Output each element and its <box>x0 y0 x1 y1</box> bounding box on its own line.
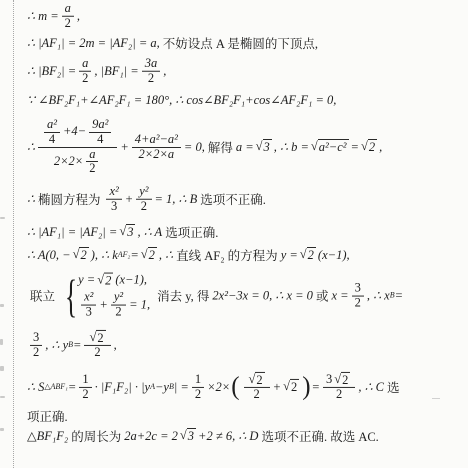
radicand: 3 <box>126 224 135 239</box>
math-text: , ∴ C <box>358 379 384 395</box>
fraction: a 2 <box>62 2 74 31</box>
subscript: AF₂ <box>118 251 131 259</box>
fraction-numerator: x² <box>81 291 96 306</box>
math-text: ×2× <box>207 380 230 395</box>
radicand: 2 <box>96 330 105 345</box>
fraction: a 2 <box>86 148 98 177</box>
fraction-denominator: 4 <box>94 133 106 147</box>
math-text: ∴ <box>27 191 35 207</box>
sqrt-symbol: √ <box>97 273 104 287</box>
math-text: ∴ <box>27 139 35 155</box>
fraction: √2 2 <box>84 330 110 360</box>
fraction-denominator: 2 <box>333 388 345 402</box>
math-text: △BF₁F₂ <box>27 428 68 444</box>
math-text: = 1, <box>129 298 150 313</box>
fraction-denominator: 2 <box>192 388 204 402</box>
math-text: + <box>125 192 133 207</box>
fraction-numerator: 3a <box>142 57 161 72</box>
sqrt-symbol: √ <box>311 139 318 153</box>
chinese-text: 联立 <box>30 287 55 305</box>
chinese-text: 的周长为 <box>71 427 121 445</box>
subscript: △ABF₁ <box>44 383 68 391</box>
left-margin-dotted-rule <box>13 0 14 468</box>
radicand: 2 <box>79 247 88 262</box>
radicand: 2 <box>341 372 350 387</box>
math-text: , ∴ x <box>367 288 390 304</box>
fraction: 3 2 <box>352 282 364 311</box>
chinese-text: 选 <box>387 378 400 396</box>
fraction-numerator: 1 <box>79 373 91 388</box>
sqrt-symbol: √ <box>256 139 263 153</box>
math-text: y = <box>78 273 95 288</box>
math-text: , <box>77 9 80 24</box>
fraction: √2 2 <box>244 372 270 402</box>
math-text: = <box>351 140 359 155</box>
radicand: 3 <box>263 139 272 154</box>
radicand: 2 <box>148 247 157 262</box>
solution-line-9: 联立 { y = √2 (x−1), x² 3 + y² 2 <box>27 273 403 320</box>
fraction-denominator: 2 <box>91 346 103 360</box>
left-paren: ( <box>231 375 239 399</box>
radicand: 2 <box>290 379 299 394</box>
math-text: ∵ ∠BF₂F₁+∠AF₂F₁ = 180°, ∴ cos∠BF₂F₁+cos∠… <box>27 92 336 108</box>
math-text: , ∴ <box>159 247 173 263</box>
math-text: , ∴ b = <box>274 139 309 155</box>
math-text: = 0, <box>184 140 205 155</box>
sqrt-symbol: √ <box>119 224 126 238</box>
fraction-numerator: a <box>86 148 98 163</box>
math-text: + <box>120 140 128 155</box>
radicand: 2 <box>255 372 264 387</box>
sqrt-symbol: √ <box>180 428 187 442</box>
radicand: 2 <box>307 247 316 262</box>
math-text: · |F₁F₂| · |y <box>95 380 150 395</box>
fraction-numerator: a <box>79 57 91 72</box>
math-text: 2x²−3x = 0, ∴ x = 0 <box>212 288 313 304</box>
solution-line-7: ∴ |AF₁| = |AF₂| = √3 , ∴ A 选项正确. <box>27 223 221 241</box>
sqrt-symbol: √ <box>89 330 96 344</box>
sqrt-radical: √2 <box>249 372 265 387</box>
fraction-numerator: a <box>62 2 74 17</box>
math-text: = <box>130 248 138 263</box>
fraction-numerator: y² <box>111 291 126 306</box>
fraction-numerator: x² <box>106 185 121 200</box>
math-text: a = <box>236 140 254 155</box>
math-text: | = <box>174 380 189 395</box>
radicand: 2 <box>104 273 113 288</box>
fraction-denominator: 2 <box>79 388 91 402</box>
sqrt-symbol: √ <box>141 247 148 261</box>
sqrt-radical: √2 <box>73 247 89 262</box>
margin-bleed-mark <box>0 396 5 398</box>
solution-line-2: ∴ |AF₁| = 2m = |AF₂| = a, 不妨设点 A 是椭圆的下顶点… <box>27 34 321 52</box>
math-text: = <box>395 289 403 304</box>
fraction-denominator: 2 <box>79 72 91 86</box>
solution-line-10: 3 2 , ∴ yB = √2 2 , <box>27 330 117 360</box>
equation-system: { y = √2 (x−1), x² 3 + y² 2 <box>60 273 150 320</box>
fraction-denominator: 2 <box>250 388 262 402</box>
math-text: + <box>273 380 281 395</box>
margin-bleed-mark <box>0 304 4 307</box>
fraction: 3 2 <box>30 331 42 360</box>
chinese-text: 选项不正确. <box>200 190 266 208</box>
sqrt-radical: √2 <box>334 372 350 387</box>
math-text: (x−1), <box>318 248 350 263</box>
sqrt-radical: √3 <box>119 224 135 239</box>
solution-line-1: ∴ m = a 2 , <box>27 2 80 31</box>
sqrt-symbol: √ <box>334 372 341 386</box>
solution-line-12: 项正确. <box>27 407 71 425</box>
chinese-text: 不妨设点 A 是椭圆的下顶点, <box>163 34 318 52</box>
solution-line-13: △BF₁F₂ 的周长为 2a+2c = 2 √3 +2 ≠ 6, ∴ D 选项不… <box>27 427 382 445</box>
sqrt-radical: √2 <box>361 139 377 154</box>
sqrt-radical: √2 <box>141 247 157 262</box>
math-text: , <box>379 140 382 155</box>
fraction-denominator: 4 <box>46 133 58 147</box>
math-text: +2 ≠ 6, ∴ D <box>198 428 258 444</box>
fraction-denominator: 3 <box>108 200 120 214</box>
solution-line-3: ∴ |BF₂| = a 2 , |BF₁| = 3a 2 , <box>27 57 166 86</box>
sqrt-radical: √2 <box>283 379 299 394</box>
math-text: = <box>68 380 76 395</box>
fraction-denominator: 2 <box>30 346 42 360</box>
fraction: 3√2 2 <box>323 372 355 402</box>
fraction-denominator: 2 <box>86 162 98 176</box>
fraction-numerator: a² <box>44 118 60 133</box>
math-text: −y <box>155 380 169 395</box>
chinese-text: 项正确. <box>27 407 68 425</box>
solution-line-11: ∴ S△ABF₁ = 1 2 · |F₁F₂| · |yA −yB | = 1 … <box>27 372 403 402</box>
fraction-numerator: 4+a²−a² <box>132 133 181 148</box>
right-paren: ) <box>302 375 310 399</box>
solution-line-8: ∴ A(0, − √2 ), ∴ kAF₂ = √2 , ∴ 直线 AF₂ 的方… <box>27 246 350 264</box>
fraction-numerator: √2 <box>244 372 270 388</box>
math-text: y = <box>281 248 298 263</box>
fraction-denominator: 3 <box>83 306 95 320</box>
fraction-denominator: 2 <box>352 297 364 311</box>
radicand: 3 <box>187 428 196 443</box>
big-fraction-numerator: a² 4 +4− 9a² 4 <box>38 118 117 148</box>
math-text: , |BF₁| = <box>94 64 138 79</box>
margin-bleed-mark <box>0 217 5 219</box>
chinese-text: 椭圆方程为 <box>38 190 101 208</box>
solution-line-4: ∵ ∠BF₂F₁+∠AF₂F₁ = 180°, ∴ cos∠BF₂F₁+cos∠… <box>27 92 336 108</box>
fraction-numerator: 9a² <box>89 118 111 133</box>
math-text: 2×2× <box>54 155 83 169</box>
margin-bleed-mark <box>0 428 4 431</box>
system-row-1: y = √2 (x−1), <box>78 273 147 288</box>
math-text: ∴ A(0, − <box>27 247 71 263</box>
fraction-numerator: 3√2 <box>323 372 355 388</box>
fraction: 9a² 4 <box>89 118 111 147</box>
sqrt-symbol: √ <box>300 247 307 261</box>
fraction: a 2 <box>79 57 91 86</box>
sqrt-radical: √2 <box>300 247 316 262</box>
fraction: x² 3 <box>81 291 96 320</box>
fraction: 4+a²−a² 2×2×a <box>132 133 181 162</box>
sqrt-symbol: √ <box>283 379 290 393</box>
sqrt-symbol: √ <box>361 139 368 153</box>
big-fraction: a² 4 +4− 9a² 4 2×2× a 2 <box>38 118 117 176</box>
fraction: 1 2 <box>79 373 91 402</box>
fraction-numerator: √2 <box>84 330 110 346</box>
sqrt-symbol: √ <box>73 247 80 261</box>
fraction: y² 2 <box>136 185 151 214</box>
math-text: ∴ |AF₁| = 2m = |AF₂| = a, <box>27 35 160 51</box>
fraction-denominator: 2 <box>145 72 157 86</box>
fraction: a² 4 <box>44 118 60 147</box>
chinese-text: 或 <box>316 287 329 305</box>
fraction-denominator: 2×2×a <box>136 148 178 162</box>
math-text: + <box>99 298 107 313</box>
edge-scan-dash <box>432 398 440 399</box>
math-text: +4− <box>63 125 86 139</box>
math-text: (x−1), <box>115 273 147 288</box>
chinese-text: 消去 y, 得 <box>157 287 209 305</box>
math-text: , ∴ A <box>137 224 162 240</box>
sqrt-radical: √2 <box>97 273 113 288</box>
math-text: x = <box>331 289 348 304</box>
math-text: 2a+2c = 2 <box>124 429 178 444</box>
fraction-denominator: 2 <box>138 200 150 214</box>
fraction-numerator: 3 <box>352 282 364 297</box>
fraction: x² 3 <box>106 185 121 214</box>
math-text: ∴ S <box>27 379 44 395</box>
sqrt-radical: √3 <box>180 428 196 443</box>
math-text: , <box>163 64 166 79</box>
system-rows: y = √2 (x−1), x² 3 + y² 2 = 1, <box>78 273 150 320</box>
solution-line-6: ∴ 椭圆方程为 x² 3 + y² 2 = 1, ∴ B 选项不正确. <box>27 185 269 214</box>
fraction: 3a 2 <box>142 57 161 86</box>
radicand: 2 <box>368 139 377 154</box>
chinese-text: 解得 <box>208 138 233 156</box>
chinese-text: 选项正确. <box>165 223 218 241</box>
scanned-solution-page: ∴ m = a 2 , ∴ |AF₁| = 2m = |AF₂| = a, 不妨… <box>0 0 468 468</box>
margin-bleed-mark <box>0 366 4 371</box>
sqrt-radical: √3 <box>256 139 272 154</box>
math-text: , <box>114 338 117 353</box>
math-text: ∴ |BF₂| = <box>27 63 76 79</box>
fraction: y² 2 <box>111 291 126 320</box>
sqrt-symbol: √ <box>249 372 256 386</box>
radicand: a²−c² <box>318 139 349 154</box>
math-text: = 1, ∴ B <box>155 191 198 207</box>
fraction-denominator: 2 <box>62 17 74 31</box>
fraction-numerator: y² <box>136 185 151 200</box>
solution-line-5: ∴ a² 4 +4− 9a² 4 2×2× a 2 + <box>27 118 382 176</box>
sqrt-radical: √2 <box>89 330 105 345</box>
system-row-2: x² 3 + y² 2 = 1, <box>78 291 150 320</box>
math-text: = <box>312 380 320 395</box>
math-text: = <box>73 338 81 353</box>
fraction-numerator: 1 <box>192 373 204 388</box>
math-text: 3 <box>326 373 332 387</box>
math-text: , ∴ y <box>45 337 68 353</box>
chinese-text: 选项不正确. 故选 AC. <box>261 427 378 445</box>
sqrt-radical: √a²−c² <box>311 139 349 154</box>
fraction-numerator: 3 <box>30 331 42 346</box>
margin-bleed-mark <box>0 339 3 345</box>
system-brace: { <box>65 275 77 316</box>
big-fraction-denominator: 2×2× a 2 <box>51 148 105 177</box>
fraction: 1 2 <box>192 373 204 402</box>
fraction-denominator: 2 <box>112 306 124 320</box>
chinese-text: 直线 AF₂ 的方程为 <box>176 246 278 264</box>
math-text: ), ∴ k <box>91 247 118 263</box>
math-text: ∴ m = <box>27 8 59 24</box>
math-text: ∴ |AF₁| = |AF₂| = <box>27 224 117 240</box>
